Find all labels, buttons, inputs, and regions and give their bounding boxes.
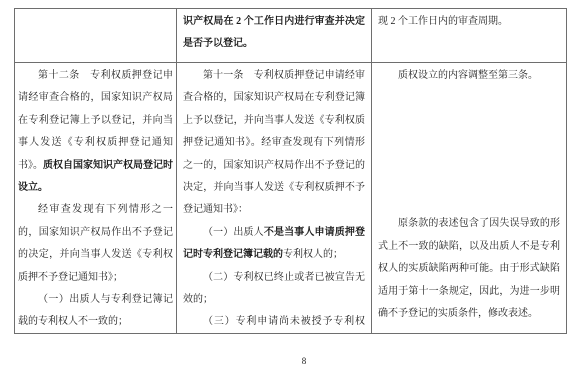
cell-revision-note: 质权设立的内容调整至第三条。 原条款的表述包含了因失误导致的形式上不一致的缺陷，… <box>371 63 566 333</box>
cell-new-clause: 第十一条 专利权质押登记申请经审查合格的，国家知识产权局在专利登记簿上予以登记，… <box>176 63 371 333</box>
revision-note-paragraph-2: 原条款的表述包含了因失误导致的形式上不一致的缺陷，以及出质人不是专利权人的实质缺… <box>378 213 560 325</box>
new-clause-item-2: （二）专利权已终止或者已被宣告无效的； <box>183 267 365 312</box>
new-clause-item1-suffix: 专利权人的； <box>283 249 343 260</box>
table-row-continued: 识产权局在 2 个工作日内进行审查并决定是否予以登记。 现 2 个工作日内的审查… <box>15 9 566 63</box>
old-clause-paragraph-1: 第十二条 专利权质押登记申请经审查合格的，国家知识产权局在专利登记簿上予以登记，… <box>18 65 173 199</box>
old-clause-item-1: （一）出质人与专利登记簿记载的专利权人不一致的； <box>18 289 173 333</box>
comparison-table: 识产权局在 2 个工作日内进行审查并决定是否予以登记。 现 2 个工作日内的审查… <box>14 8 567 334</box>
page-number: 8 <box>296 356 312 366</box>
revision-note-paragraph-1: 质权设立的内容调整至第三条。 <box>378 65 560 87</box>
revision-note-continued-text: 现 2 个工作日内的审查周期。 <box>378 11 560 33</box>
table-row-article: 第十二条 专利权质押登记申请经审查合格的，国家知识产权局在专利登记簿上予以登记，… <box>15 63 566 333</box>
cell-new-clause-continued: 识产权局在 2 个工作日内进行审查并决定是否予以登记。 <box>176 9 371 62</box>
new-clause-continued-text: 识产权局在 2 个工作日内进行审查并决定是否予以登记。 <box>183 11 365 56</box>
old-clause-paragraph-2: 经审查发现有下列情形之一的，国家知识产权局作出不予登记的决定，并向当事人发送《专… <box>18 199 173 289</box>
new-clause-item1-prefix: （一）出质人 <box>203 227 264 238</box>
cell-revision-note-continued: 现 2 个工作日内的审查周期。 <box>371 9 566 62</box>
old-clause-p1-text: 第十二条 专利权质押登记申请经审查合格的，国家知识产权局在专利登记簿上予以登记，… <box>18 70 173 171</box>
cell-old-clause-continued <box>15 9 176 62</box>
cell-old-clause: 第十二条 专利权质押登记申请经审查合格的，国家知识产权局在专利登记簿上予以登记，… <box>15 63 176 333</box>
new-clause-paragraph-1: 第十一条 专利权质押登记申请经审查合格的，国家知识产权局在专利登记簿上予以登记，… <box>183 65 365 222</box>
new-clause-item-3: （三）专利申请尚未被授予专利权的； <box>183 311 365 333</box>
new-clause-item-1: （一）出质人不是当事人申请质押登记时专利登记簿记载的专利权人的； <box>183 222 365 267</box>
